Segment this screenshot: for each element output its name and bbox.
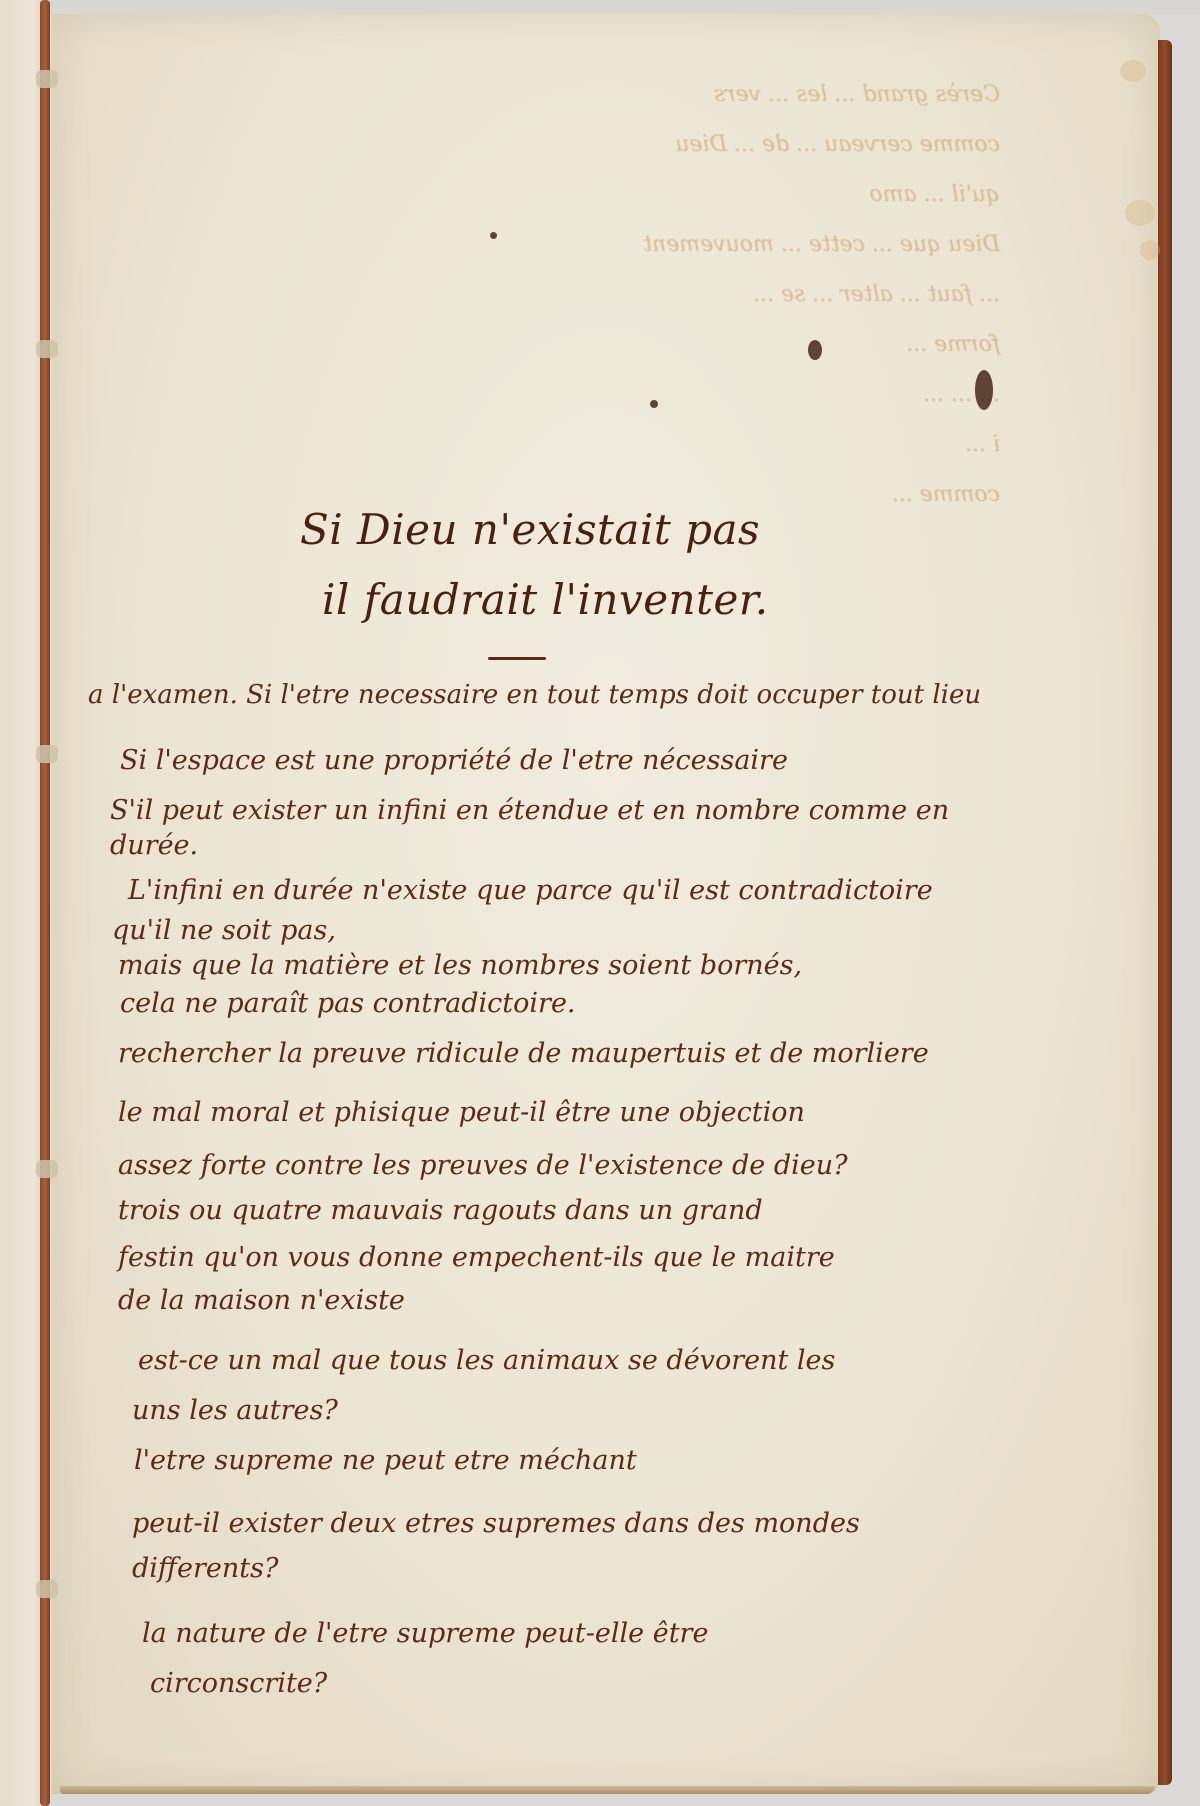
binding-knot [36,70,58,88]
bleed-line: forme ... [170,320,1000,370]
text-line: assez forte contre les preuves de l'exis… [118,1150,848,1181]
text-line: qu'il ne soit pas, [112,915,336,946]
binding-knot [36,1580,58,1598]
text-line: est-ce un mal que tous les animaux se dé… [138,1345,835,1376]
text-line: cela ne paraît pas contradictoire. [120,988,576,1019]
bleed-line: comme cerveau ... de ... Dieu [170,120,1000,170]
text-line: Si l'espace est une propriété de l'etre … [120,745,788,776]
bleed-line: Cerès grand ... les ... vers [170,70,1000,120]
text-line: rechercher la preuve ridicule de maupert… [118,1038,929,1069]
ink-blot [975,370,993,410]
text-line: L'infini en durée n'existe que parce qu'… [128,875,933,906]
foxing-stain [1120,60,1146,82]
text-line: trois ou quatre mauvais ragouts dans un … [118,1195,763,1226]
bleed-line: i ... [170,420,1000,470]
binding-knot [36,1160,58,1178]
binding-knot [36,340,58,358]
background-strip [0,0,1200,14]
text-line: de la maison n'existe [118,1285,405,1316]
book-cover-edge [1158,40,1172,1785]
title-line-2: il faudrait l'inventer. [322,575,769,624]
text-line: S'il peut exister un infini en étendue e… [110,795,949,826]
text-line: mais que la matière et les nombres soien… [118,950,802,981]
text-line: la nature de l'etre supreme peut-elle êt… [142,1618,708,1649]
ink-blot [650,400,658,408]
text-line: le mal moral et phisique peut-il être un… [118,1097,805,1128]
bleed-through-text: Cerès grand ... les ... vers comme cerve… [170,70,1000,520]
bleed-line: Dieu que ... cette ... mouvement [170,220,1000,270]
title-underline [488,657,546,660]
foxing-stain [1125,200,1155,226]
page-bottom-edge [60,1786,1155,1794]
foxing-stain [1140,240,1160,260]
binding-cord [40,0,50,1806]
text-line: durée. [110,830,198,861]
bleed-line: qu'il ... amo [170,170,1000,220]
ink-blot [490,232,497,239]
text-line: a l'examen. Si l'etre necessaire en tout… [88,680,981,710]
bleed-line: ... ... ... [170,370,1000,420]
text-line: festin qu'on vous donne empechent-ils qu… [118,1242,835,1273]
ink-blot [808,340,822,360]
title-line-1: Si Dieu n'existait pas [300,505,760,554]
text-line: circonscrite? [150,1668,327,1699]
binding-knot [36,745,58,763]
text-line: peut-il exister deux etres supremes dans… [132,1508,860,1539]
text-line: differents? [132,1553,278,1584]
bleed-line: ... faut ... alter ... se ... [170,270,1000,320]
text-line: l'etre supreme ne peut etre méchant [134,1445,637,1476]
text-line: uns les autres? [132,1395,338,1426]
